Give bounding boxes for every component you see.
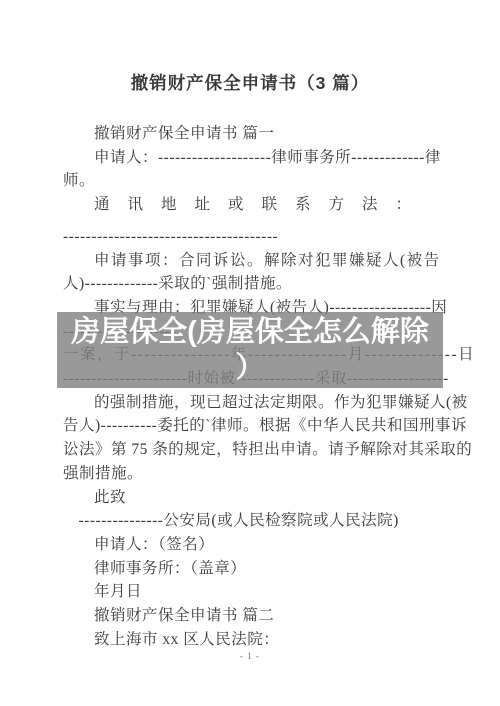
doc-line-applicant: 申请人：--------------------律师事务所-----------… xyxy=(63,146,437,170)
doc-line-blank-fill: -------------------------------------- xyxy=(63,225,437,249)
doc-line-salutation: 此致 xyxy=(63,486,437,510)
doc-line: 人)-------------采取的`强制措施。 xyxy=(63,272,437,296)
overlay-title-line1: 房屋保全(房屋保全怎么解除 xyxy=(71,314,429,350)
doc-line-contact: 通讯地址或联系方法： xyxy=(63,193,437,217)
doc-line: 的强制措施，现已超过法定期限。作为犯罪嫌疑人(被 xyxy=(63,391,437,415)
doc-line: 师。 xyxy=(63,169,437,193)
page-title: 撤销财产保全申请书（3 篇） xyxy=(0,70,500,95)
doc-line-section1-heading: 撤销财产保全申请书 篇一 xyxy=(63,122,437,146)
document-page: 撤销财产保全申请书（3 篇） 撤销财产保全申请书 篇一 申请人：--------… xyxy=(0,0,500,706)
doc-line-section2-heading: 撤销财产保全申请书 篇二 xyxy=(63,604,437,628)
overlay-title-line2: ） xyxy=(235,350,264,386)
doc-line: 告人)----------委托的`律师。根据《中华人民共和国刑事诉 xyxy=(63,414,437,438)
doc-line-court-address: 致上海市 xx 区人民法院： xyxy=(63,628,437,652)
doc-line-firm-seal: 律师事务所：（盖章） xyxy=(63,557,437,581)
page-number: - 1 - xyxy=(0,651,500,661)
doc-line-recipient: ---------------公安局(或人民检察院或人民法院) xyxy=(63,509,437,533)
overlay-title-banner: 房屋保全(房屋保全怎么解除 ） xyxy=(57,312,443,388)
doc-line: 强制措施。 xyxy=(63,462,437,486)
doc-line-law-reference: 讼法》第 75 条的规定，特担出申请。请予解除对其采取的 xyxy=(63,438,437,462)
doc-line-request: 申请事项：合同诉讼。解除对犯罪嫌疑人(被告 xyxy=(63,249,437,273)
doc-line-date: 年月日 xyxy=(63,580,437,604)
doc-line-signature: 申请人：（签名） xyxy=(63,533,437,557)
